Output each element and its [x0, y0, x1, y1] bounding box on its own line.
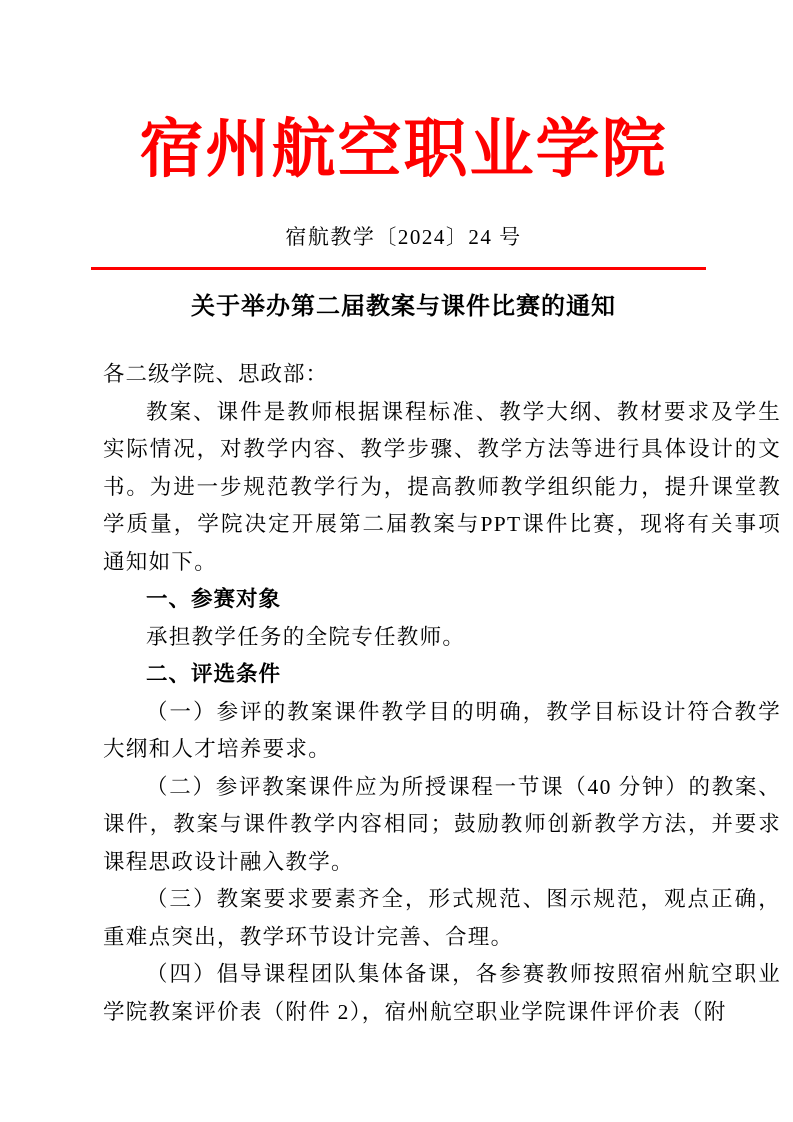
notice-body: 关于举办第二届教案与课件比赛的通知 各二级学院、思政部： 教案、课件是教师根据课…	[0, 290, 793, 1031]
criteria-item-2: （二）参评教案课件应为所授课程一节课（40 分钟）的教案、课件，教案与课件教学内…	[103, 769, 781, 882]
document-page: 宿州航空职业学院 宿航教学〔2024〕24 号 关于举办第二届教案与课件比赛的通…	[0, 0, 793, 1122]
participants-content: 承担教学任务的全院专任教师。	[103, 619, 781, 657]
org-name-red-header: 宿州航空职业学院	[7, 0, 793, 188]
doc-number: 宿航教学〔2024〕24 号	[7, 222, 793, 252]
section-heading-participants: 一、参赛对象	[103, 581, 781, 619]
criteria-item-1: （一）参评的教案课件教学目的明确，教学目标设计符合教学大纲和人才培养要求。	[103, 694, 781, 769]
criteria-item-4: （四）倡导课程团队集体备课，各参赛教师按照宿州航空职业学院教案评价表（附件 2）…	[103, 956, 781, 1031]
letterhead: 宿州航空职业学院 宿航教学〔2024〕24 号	[0, 0, 793, 270]
intro-paragraph: 教案、课件是教师根据课程标准、教学大纲、教材要求及学生实际情况，对教学内容、教学…	[103, 394, 781, 582]
section-heading-criteria: 二、评选条件	[103, 656, 781, 694]
notice-title: 关于举办第二届教案与课件比赛的通知	[7, 290, 793, 324]
criteria-item-3: （三）教案要求要素齐全，形式规范、图示规范，观点正确，重难点突出，教学环节设计完…	[103, 881, 781, 956]
red-divider-line	[91, 267, 706, 270]
text-block: 各二级学院、思政部： 教案、课件是教师根据课程标准、教学大纲、教材要求及学生实际…	[103, 356, 781, 1031]
salutation: 各二级学院、思政部：	[103, 356, 781, 394]
